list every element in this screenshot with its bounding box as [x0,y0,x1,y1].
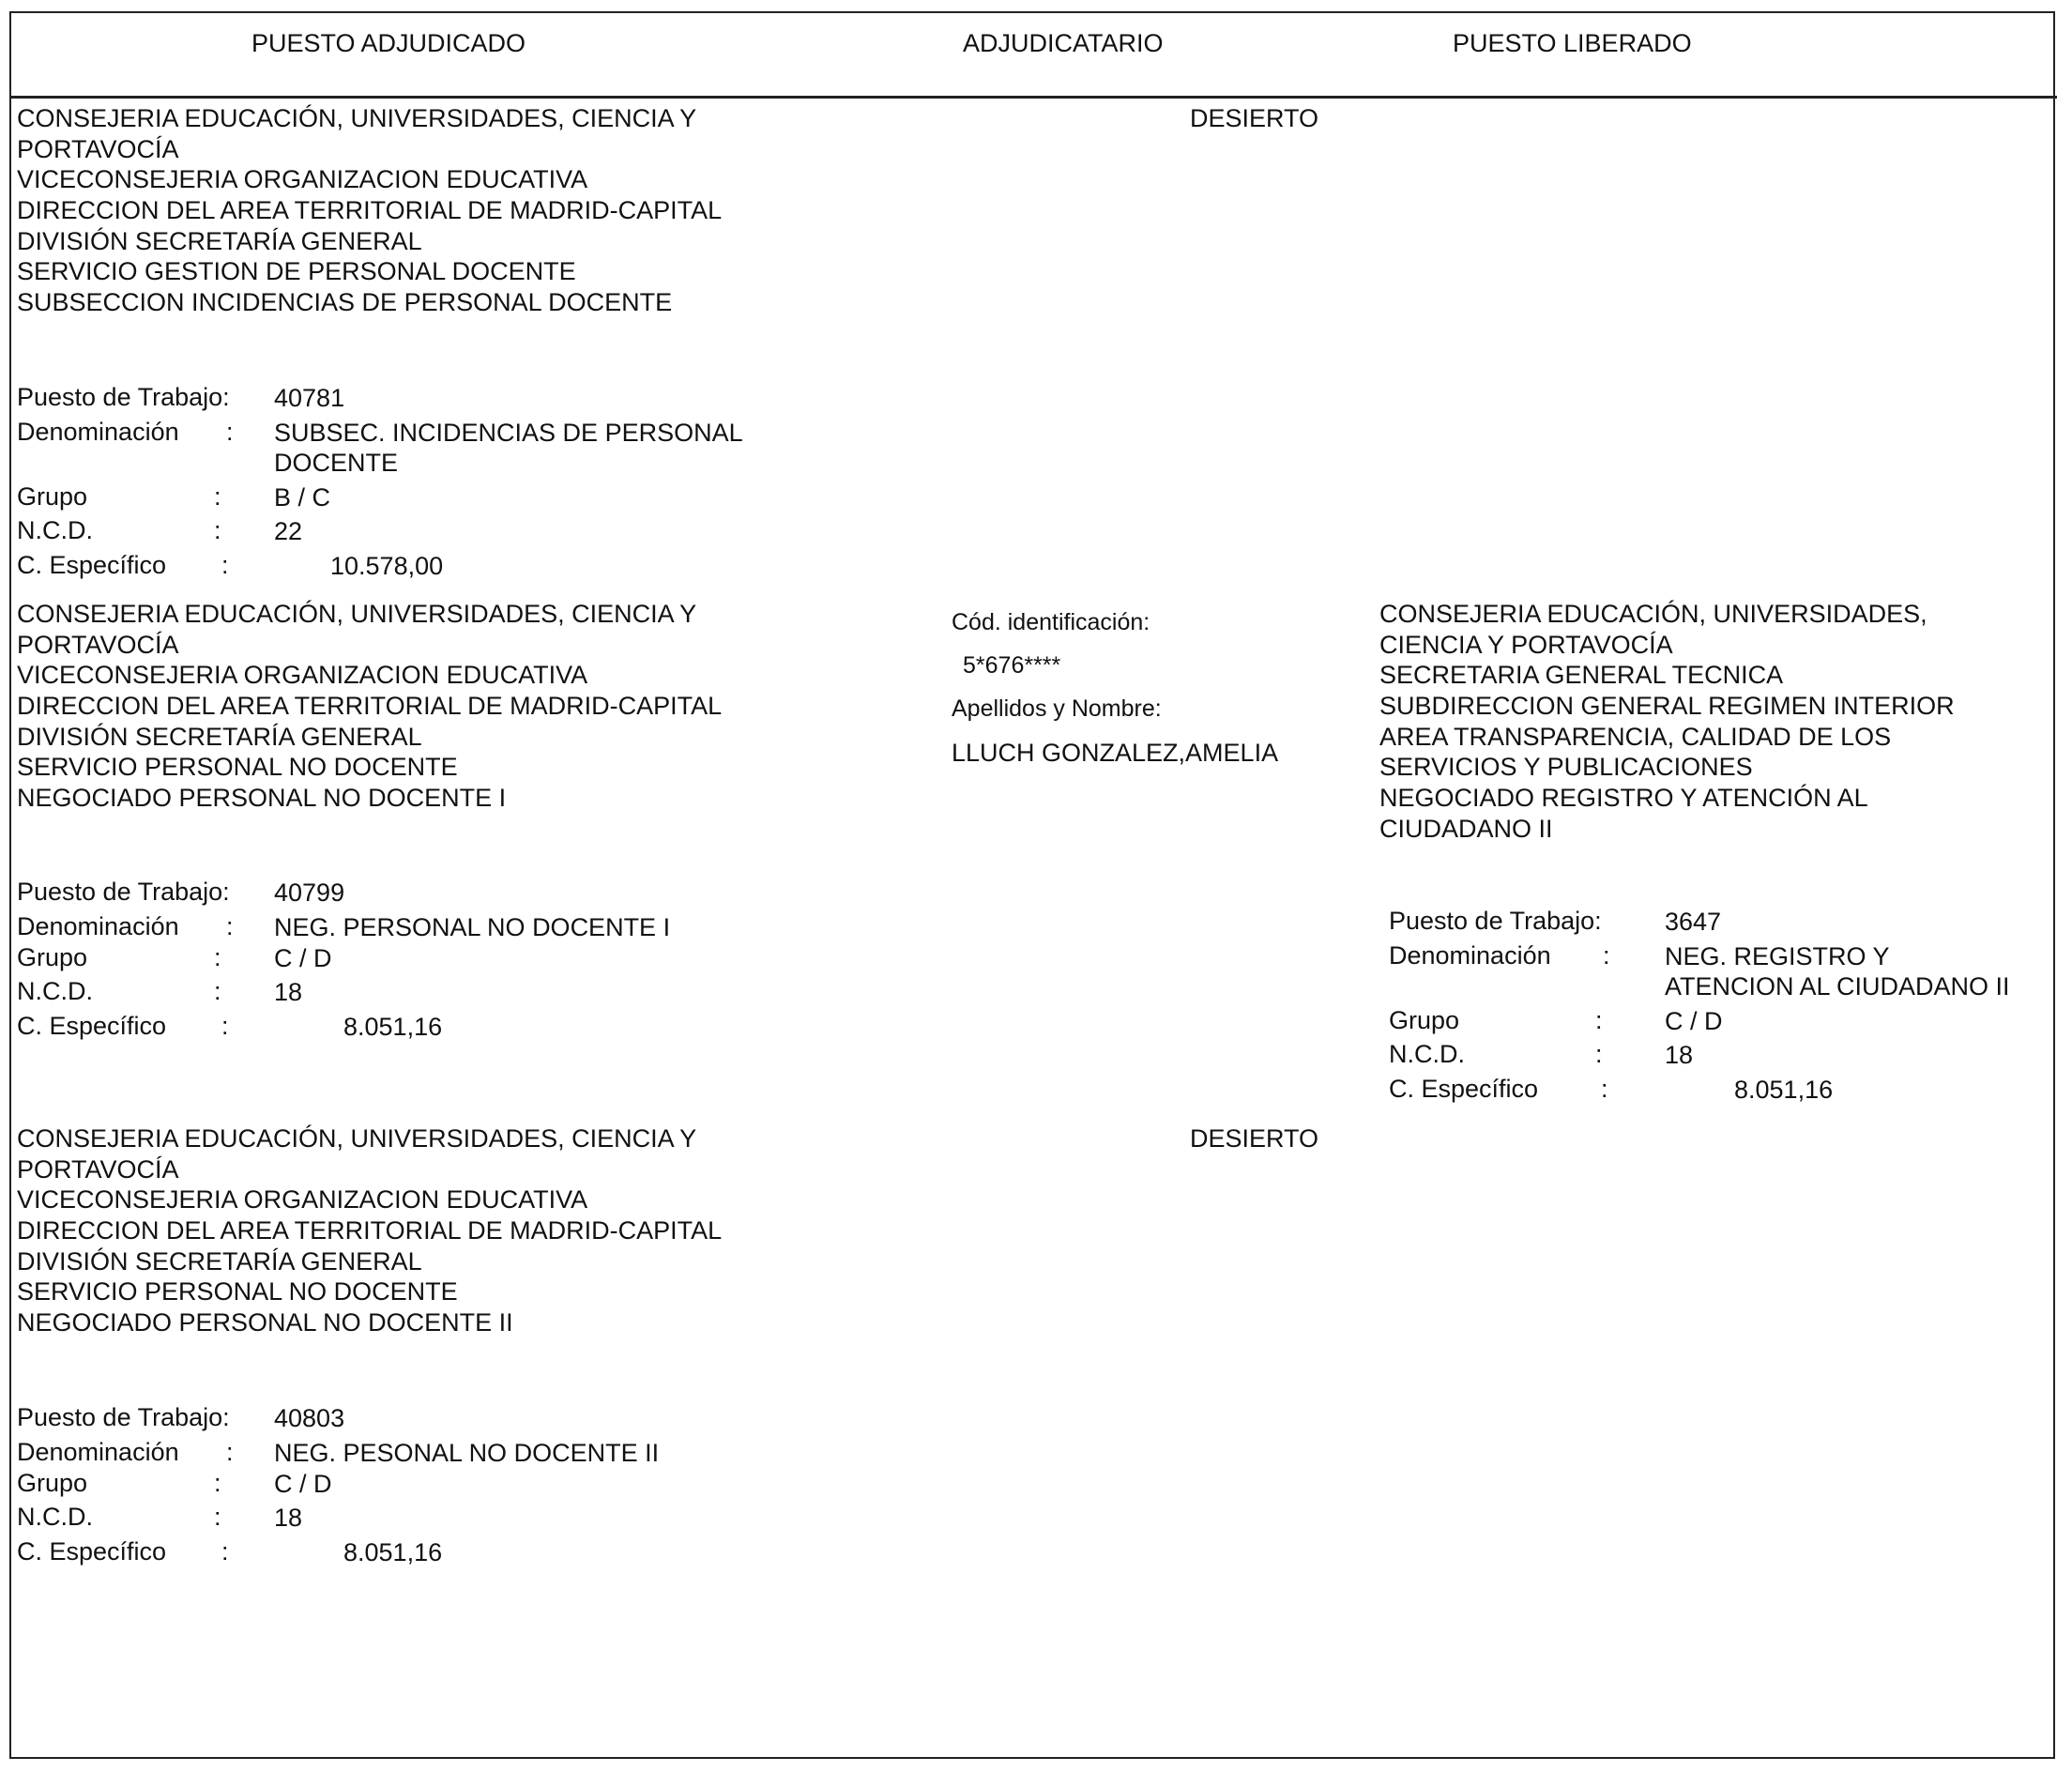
value-c-especifico: 8.051,16 [1734,1075,1833,1106]
denominacion-line: DOCENTE [274,448,743,479]
org-line: DIVISIÓN SECRETARÍA GENERAL [17,226,722,257]
colon: : [214,1469,221,1498]
org-line: PORTAVOCÍA [17,1154,722,1185]
label-ncd: N.C.D. [17,516,93,545]
value-ncd: 18 [1665,1040,1693,1071]
colon: : [1601,1075,1608,1104]
colon: : [226,912,234,941]
value-grupo: B / C [274,482,330,513]
org-line: DIRECCION DEL AREA TERRITORIAL DE MADRID… [17,195,722,226]
entry-3-details: Puesto de Trabajo: 40803 Denominación : … [17,1403,824,1571]
org-line: DIRECCION DEL AREA TERRITORIAL DE MADRID… [17,691,722,722]
org-line: CONSEJERIA EDUCACIÓN, UNIVERSIDADES, [1379,599,1955,630]
entry-1-adjudicatario-status: DESIERTO [1190,103,1318,134]
label-denominacion: Denominación [1389,941,1551,970]
value-grupo: C / D [1665,1006,1723,1037]
label-cod-identificacion: Cód. identificación: [952,608,1278,651]
label-denominacion: Denominación [17,912,179,941]
value-puesto-trabajo: 3647 [1665,907,1721,938]
org-line: VICECONSEJERIA ORGANIZACION EDUCATIVA [17,660,722,691]
label-c-especifico: C. Específico [17,551,166,580]
value-denominacion: NEG. PERSONAL NO DOCENTE I [274,912,670,943]
value-puesto-trabajo: 40799 [274,878,344,909]
org-line: PORTAVOCÍA [17,630,722,661]
colon: : [214,943,221,972]
label-ncd: N.C.D. [17,977,93,1006]
value-denominacion: NEG. REGISTRO Y ATENCION AL CIUDADANO II [1665,941,2010,1002]
label-denominacion: Denominación [17,1438,179,1467]
value-grupo: C / D [274,1469,332,1500]
label-puesto-trabajo: Puesto de Trabajo: [1389,907,1602,936]
entry-3-organization: CONSEJERIA EDUCACIÓN, UNIVERSIDADES, CIE… [17,1123,722,1338]
org-line: CIENCIA Y PORTAVOCÍA [1379,630,1955,661]
org-line: VICECONSEJERIA ORGANIZACION EDUCATIVA [17,1184,722,1215]
label-apellidos-nombre: Apellidos y Nombre: [952,695,1278,738]
label-c-especifico: C. Específico [1389,1075,1538,1104]
value-c-especifico: 10.578,00 [330,551,443,582]
colon: : [221,551,229,580]
value-ncd: 18 [274,977,302,1008]
label-grupo: Grupo [17,943,87,972]
colon: : [214,482,221,512]
label-puesto-trabajo: Puesto de Trabajo: [17,383,230,412]
colon: : [226,1438,234,1467]
org-line: SERVICIO GESTION DE PERSONAL DOCENTE [17,256,722,287]
org-line: AREA TRANSPARENCIA, CALIDAD DE LOS [1379,722,1955,753]
org-line: SERVICIO PERSONAL NO DOCENTE [17,752,722,783]
label-ncd: N.C.D. [17,1503,93,1532]
colon: : [221,1012,229,1041]
org-line: NEGOCIADO PERSONAL NO DOCENTE I [17,783,722,814]
label-ncd: N.C.D. [1389,1040,1465,1069]
label-puesto-trabajo: Puesto de Trabajo: [17,878,230,907]
label-denominacion: Denominación [17,418,179,447]
org-line: DIVISIÓN SECRETARÍA GENERAL [17,1246,722,1277]
label-grupo: Grupo [17,1469,87,1498]
org-line: CIUDADANO II [1379,814,1955,845]
label-grupo: Grupo [17,482,87,512]
label-grupo: Grupo [1389,1006,1459,1035]
value-puesto-trabajo: 40781 [274,383,344,414]
label-c-especifico: C. Específico [17,1012,166,1041]
entry-1-details: Puesto de Trabajo: 40781 Denominación : … [17,383,824,585]
entry-2-puesto-liberado-organization: CONSEJERIA EDUCACIÓN, UNIVERSIDADES, CIE… [1379,599,1955,845]
value-grupo: C / D [274,943,332,974]
column-header-puesto-adjudicado: PUESTO ADJUDICADO [251,28,526,58]
column-header-puesto-liberado: PUESTO LIBERADO [1453,28,1692,58]
org-line: NEGOCIADO REGISTRO Y ATENCIÓN AL [1379,783,1955,814]
entry-2-details: Puesto de Trabajo: 40799 Denominación : … [17,878,824,1046]
header-divider [9,96,2057,99]
colon: : [226,418,234,447]
value-puesto-trabajo: 40803 [274,1403,344,1434]
entry-2-adjudicatario: Cód. identificación: 5*676**** Apellidos… [952,608,1278,768]
value-c-especifico: 8.051,16 [343,1012,442,1043]
entry-2-puesto-liberado-details: Puesto de Trabajo: 3647 Denominación : N… [1389,907,2046,1108]
denominacion-line: ATENCION AL CIUDADANO II [1665,971,2010,1002]
value-denominacion: NEG. PESONAL NO DOCENTE II [274,1438,659,1469]
org-line: CONSEJERIA EDUCACIÓN, UNIVERSIDADES, CIE… [17,1123,722,1154]
colon: : [1595,1006,1603,1035]
value-ncd: 18 [274,1503,302,1534]
entry-3-adjudicatario-status: DESIERTO [1190,1123,1318,1154]
org-line: SERVICIOS Y PUBLICACIONES [1379,752,1955,783]
entry-1-organization: CONSEJERIA EDUCACIÓN, UNIVERSIDADES, CIE… [17,103,722,318]
org-line: DIVISIÓN SECRETARÍA GENERAL [17,722,722,753]
colon: : [214,1503,221,1532]
colon: : [1603,941,1610,970]
column-header-adjudicatario: ADJUDICATARIO [963,28,1164,58]
value-ncd: 22 [274,516,302,547]
org-line: PORTAVOCÍA [17,134,722,165]
label-puesto-trabajo: Puesto de Trabajo: [17,1403,230,1432]
org-line: DIRECCION DEL AREA TERRITORIAL DE MADRID… [17,1215,722,1246]
denominacion-line: NEG. REGISTRO Y [1665,941,2010,972]
colon: : [214,977,221,1006]
value-c-especifico: 8.051,16 [343,1537,442,1568]
org-line: SECRETARIA GENERAL TECNICA [1379,660,1955,691]
value-cod-identificacion: 5*676**** [952,651,1278,695]
org-line: NEGOCIADO PERSONAL NO DOCENTE II [17,1307,722,1338]
org-line: CONSEJERIA EDUCACIÓN, UNIVERSIDADES, CIE… [17,103,722,134]
org-line: VICECONSEJERIA ORGANIZACION EDUCATIVA [17,164,722,195]
org-line: CONSEJERIA EDUCACIÓN, UNIVERSIDADES, CIE… [17,599,722,630]
org-line: SUBSECCION INCIDENCIAS DE PERSONAL DOCEN… [17,287,722,318]
colon: : [214,516,221,545]
denominacion-line: SUBSEC. INCIDENCIAS DE PERSONAL [274,418,743,449]
org-line: SERVICIO PERSONAL NO DOCENTE [17,1276,722,1307]
value-apellidos-nombre: LLUCH GONZALEZ,AMELIA [952,738,1278,768]
colon: : [221,1537,229,1566]
org-line: SUBDIRECCION GENERAL REGIMEN INTERIOR [1379,691,1955,722]
value-denominacion: SUBSEC. INCIDENCIAS DE PERSONAL DOCENTE [274,418,743,479]
entry-2-organization: CONSEJERIA EDUCACIÓN, UNIVERSIDADES, CIE… [17,599,722,814]
colon: : [1595,1040,1603,1069]
label-c-especifico: C. Específico [17,1537,166,1566]
